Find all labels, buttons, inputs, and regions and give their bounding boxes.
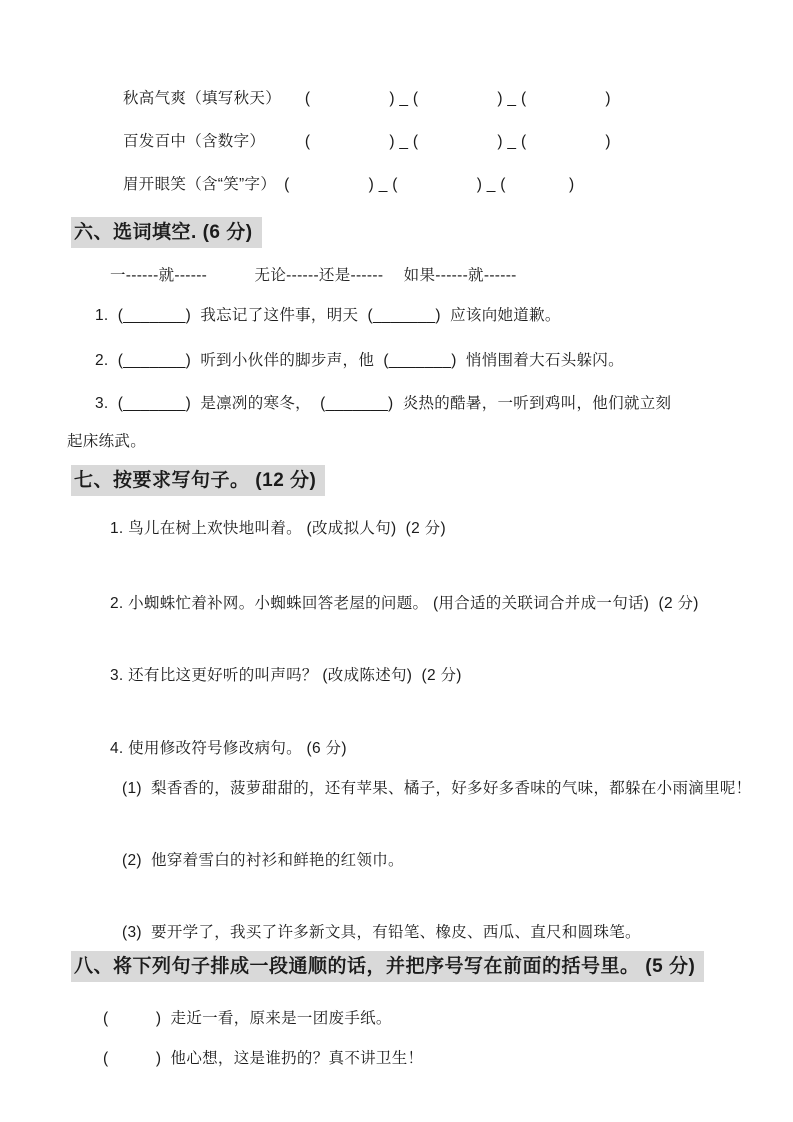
fill-blank-item-2: 2. (_______) 听到小伙伴的脚步声，他 (_______) 悄悄围着大…	[95, 350, 755, 372]
section-eight-heading: 八、将下列句子排成一段通顺的话，并把序号写在前面的括号里。 (5 分)	[71, 951, 704, 982]
sentence-item-1: 1. 鸟儿在树上欢快地叫着。 (改成拟人句) (2 分)	[110, 518, 755, 540]
sentence-item-3: 3. 还有比这更好听的叫声吗？ (改成陈述句) (2 分)	[110, 665, 755, 687]
section-six-header: 六、选词填空. (6 分)	[71, 217, 755, 248]
sentence-item-2: 2. 小蜘蛛忙着补网。小蜘蛛回答老屋的问题。 (用合适的关联词合并成一句话) (…	[110, 593, 755, 615]
correction-subitem-1: (1) 梨香香的，菠萝甜甜的，还有苹果、橘子，好多好多香味的气味，都躲在小雨滴里…	[122, 778, 755, 800]
section-seven-heading-text: 七、按要求写句子。	[74, 470, 250, 491]
section-six-points: (6 分)	[203, 222, 253, 243]
section-six-heading-text: 六、选词填空.	[74, 222, 197, 243]
ordering-line-1: ( ) 走近一看，原来是一团废手纸。	[103, 1008, 755, 1030]
section-seven-header: 七、按要求写句子。 (12 分)	[71, 465, 755, 496]
section-six-heading: 六、选词填空. (6 分)	[71, 217, 262, 248]
idiom-row: 眉开眼笑（含“笑”字） ( ) _ ( ) _ ( )	[123, 174, 755, 196]
section-seven-points: (12 分)	[255, 470, 316, 491]
fill-blank-item-3: 3. (_______) 是凛冽的寒冬， (_______) 炎热的酷暑，一听到…	[95, 393, 755, 415]
section-eight-header: 八、将下列句子排成一段通顺的话，并把序号写在前面的括号里。 (5 分)	[71, 951, 755, 982]
ordering-line-2: ( ) 他心想，这是谁扔的？真不讲卫生！	[103, 1048, 755, 1070]
sentence-item-4: 4. 使用修改符号修改病句。 (6 分)	[110, 738, 755, 760]
correction-subitem-3: (3) 要开学了，我买了许多新文具，有铅笔、橡皮、西瓜、直尺和圆珠笔。	[122, 922, 755, 944]
idiom-row: 秋高气爽（填写秋天） ( ) _ ( ) _ ( )	[123, 88, 755, 110]
section-eight-points: (5 分)	[645, 956, 695, 977]
correction-subitem-2: (2) 他穿着雪白的衬衫和鲜艳的红领巾。	[122, 850, 755, 872]
fill-blank-item-1: 1. (_______) 我忘记了这件事，明天 (_______) 应该向她道歉…	[95, 305, 755, 327]
section-seven-heading: 七、按要求写句子。 (12 分)	[71, 465, 325, 496]
word-bank: 一------就------ 无论------还是------ 如果------…	[110, 265, 755, 287]
idiom-row: 百发百中（含数字） ( ) _ ( ) _ ( )	[123, 131, 755, 153]
exam-paper-sheet: 秋高气爽（填写秋天） ( ) _ ( ) _ ( ) 百发百中（含数字） ( )…	[0, 0, 793, 1122]
fill-blank-item-3-continuation: 起床练武。	[67, 431, 755, 453]
section-eight-heading-text: 八、将下列句子排成一段通顺的话，并把序号写在前面的括号里。	[74, 956, 640, 977]
